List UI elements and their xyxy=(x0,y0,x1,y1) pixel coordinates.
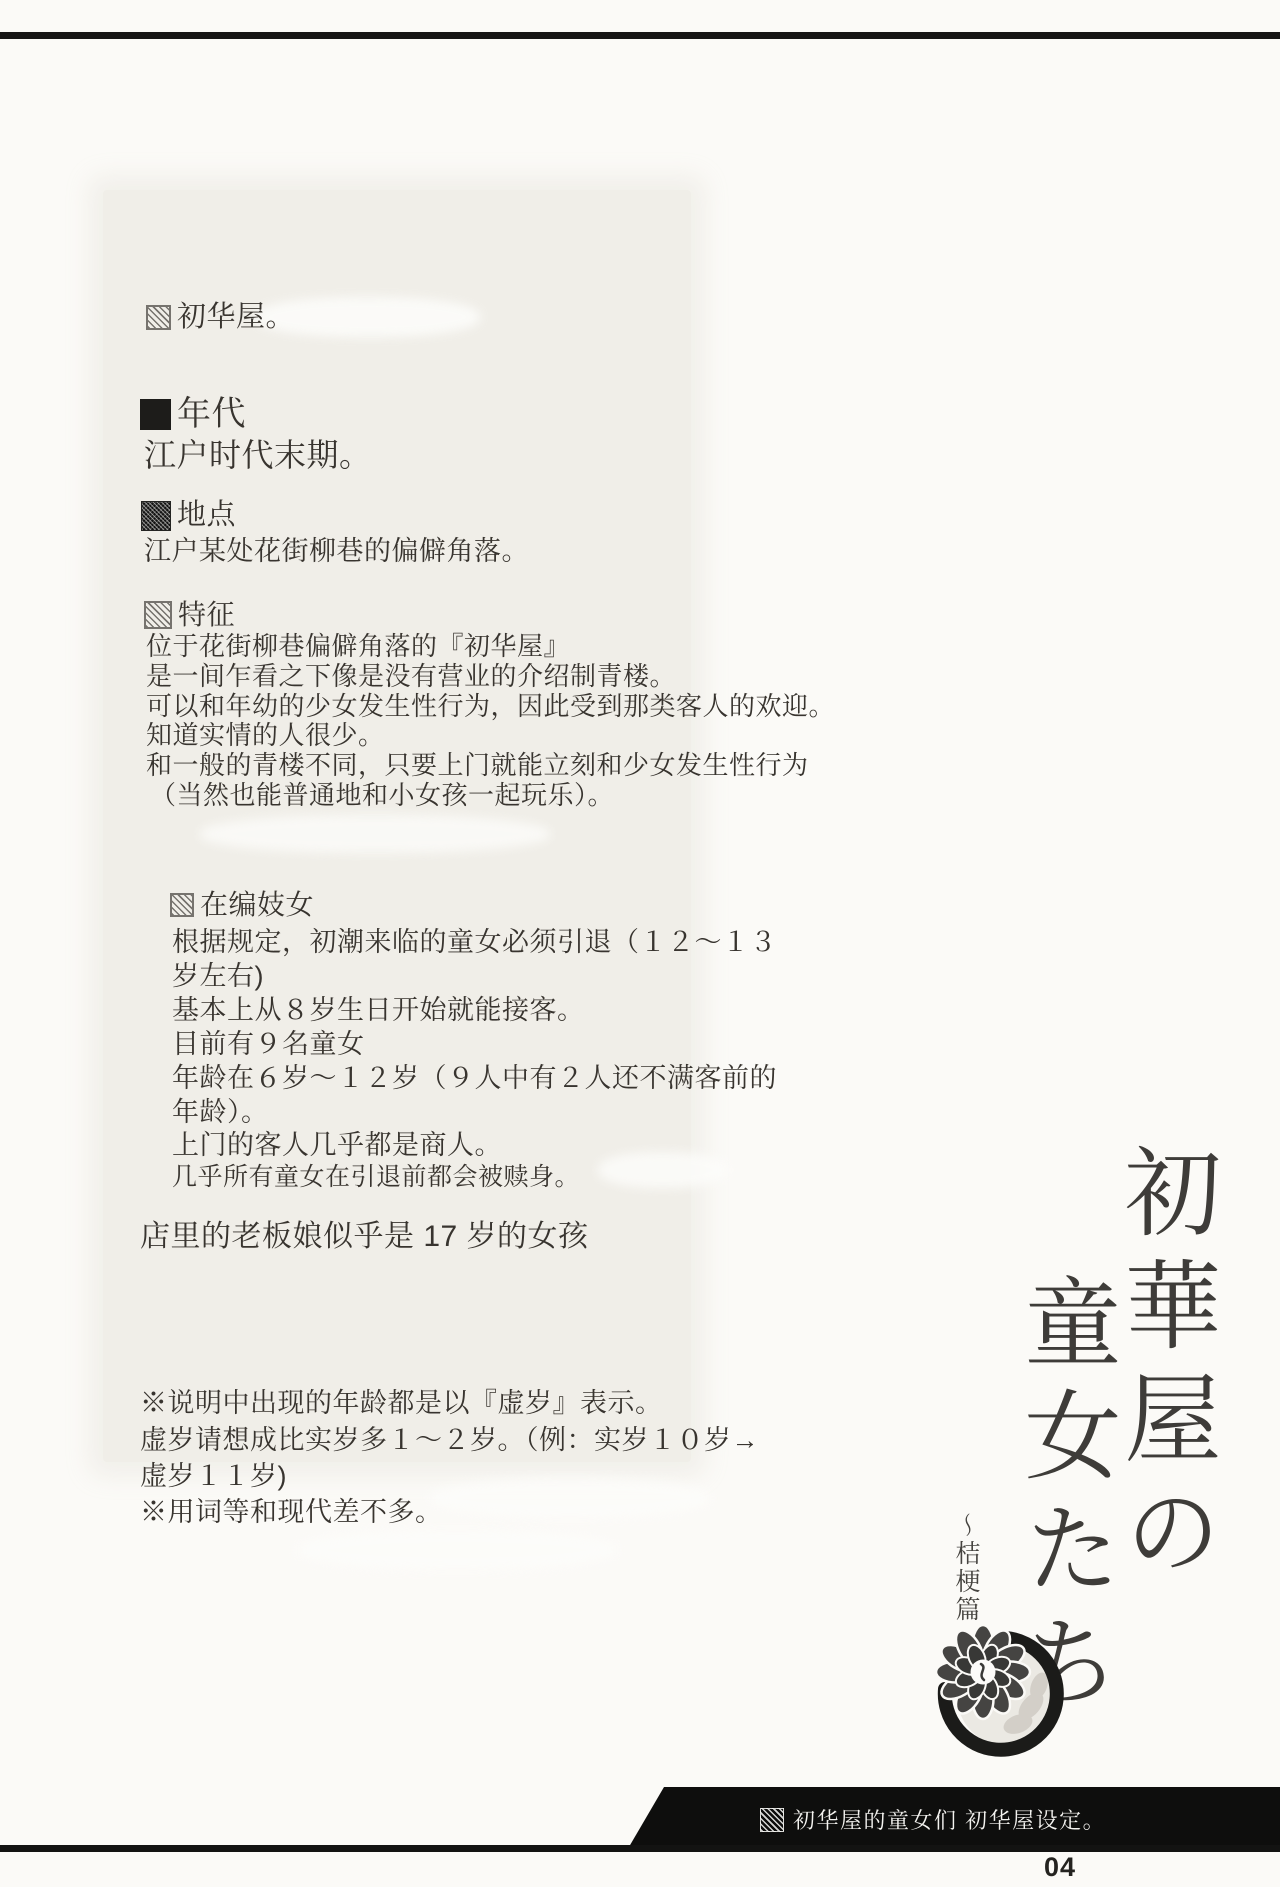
whiteout-smudge xyxy=(430,1478,710,1518)
era-heading-text: 年代 xyxy=(177,395,246,434)
era-heading: 年代 xyxy=(140,395,246,434)
body-line: 和一般的青楼不同，只要上门就能立刻和少女发生性行为 xyxy=(146,751,809,781)
body-line: 几乎所有童女在引退前都会被赎身。 xyxy=(172,1163,580,1192)
note-line: 虚岁请想成比实岁多１～２岁。（例：实岁１０岁→ xyxy=(140,1425,759,1456)
banner-caption: 初华屋的童女们 初华屋设定。 xyxy=(793,1804,1106,1835)
hatch-square-icon xyxy=(144,601,172,629)
banner-hatch-square-icon xyxy=(760,1808,784,1832)
hatch-square-icon xyxy=(170,893,194,917)
footer-banner: 初华屋的童女们 初华屋设定。 xyxy=(618,1787,1280,1852)
body-line: 位于花街柳巷偏僻角落的『初华屋』 xyxy=(146,632,570,662)
location-heading: 地点 xyxy=(141,499,236,532)
dense-hatch-square-icon xyxy=(141,501,171,531)
location-heading-text: 地点 xyxy=(177,499,236,532)
body-line: 知道实情的人很少。 xyxy=(146,721,385,751)
scanned-page: 初华屋。 年代 江户时代末期。 地点 江户某处花街柳巷的偏僻角落。 特征 位于花… xyxy=(0,0,1280,1887)
body-line: 是一间乍看之下像是没有营业的介绍制青楼。 xyxy=(146,662,676,692)
body-line: 上门的客人几乎都是商人。 xyxy=(172,1130,502,1161)
bottom-border-line xyxy=(0,1845,1280,1852)
courtesans-heading-text: 在编妓女 xyxy=(200,889,314,921)
body-line: 根据规定，初潮来临的童女必须引退（１２～１３ xyxy=(172,927,777,958)
body-line: 可以和年幼的少女发生性行为，因此受到那类客人的欢迎。 xyxy=(146,692,835,722)
solid-square-icon xyxy=(140,399,171,430)
body-line: （当然也能普通地和小女孩一起玩乐）。 xyxy=(150,781,614,811)
body-line: 目前有９名童女 xyxy=(172,1029,365,1060)
top-border-line xyxy=(0,32,1280,39)
content-panel xyxy=(103,190,691,1462)
note-line: ※说明中出现的年龄都是以『虚岁』表示。 xyxy=(140,1388,663,1419)
page-number: 04 xyxy=(1036,1852,1084,1883)
flower-emblem xyxy=(925,1608,1079,1768)
features-heading: 特征 xyxy=(144,599,235,631)
body-line: 年龄）。 xyxy=(172,1097,269,1128)
body-line: 岁左右) xyxy=(172,961,264,992)
courtesans-heading: 在编妓女 xyxy=(170,889,314,921)
whiteout-smudge xyxy=(297,1530,617,1570)
location-body: 江户某处花街柳巷的偏僻角落。 xyxy=(144,536,529,567)
hatch-square-icon xyxy=(146,305,171,330)
shop-title-row: 初华屋。 xyxy=(146,301,295,334)
shop-title-text: 初华屋。 xyxy=(177,301,295,334)
madam-note: 店里的老板娘似乎是 17 岁的女孩 xyxy=(140,1220,589,1255)
note-line: ※用词等和现代差不多。 xyxy=(140,1497,443,1528)
note-line: 虚岁１１岁) xyxy=(140,1461,287,1492)
body-line: 年龄在６岁～１２岁（９人中有２人还不满客前的 xyxy=(172,1063,777,1094)
era-body: 江户时代末期。 xyxy=(144,437,372,474)
body-line: 基本上从８岁生日开始就能接客。 xyxy=(172,995,585,1026)
features-heading-text: 特征 xyxy=(178,599,235,631)
